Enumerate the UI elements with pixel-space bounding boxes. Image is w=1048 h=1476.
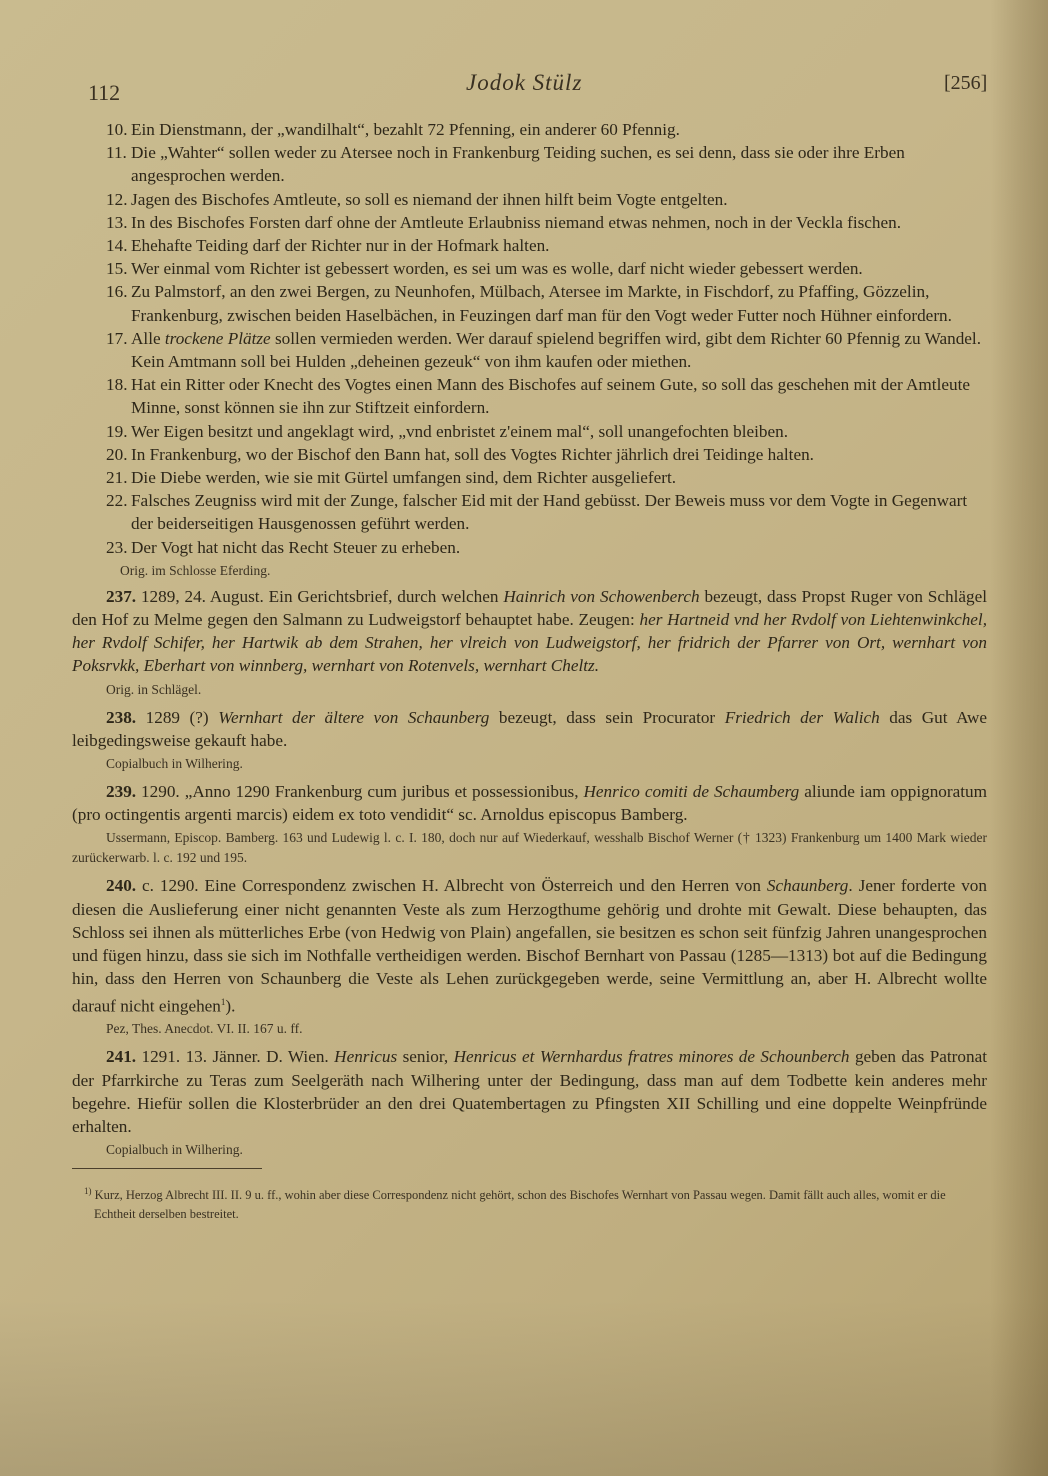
entry-number: 241. [106,1047,136,1066]
provision-text: Der Vogt hat nicht das Recht Steuer zu e… [131,538,460,557]
provision-item: 18.Hat ein Ritter oder Knecht des Vogtes… [72,373,987,419]
provision-item: 20.In Frankenburg, wo der Bischof den Ba… [72,443,987,466]
provision-number: 19. [106,420,131,443]
footnote: 1) Kurz, Herzog Albrecht III. II. 9 u. f… [72,1182,987,1224]
provision-item: 12.Jagen des Bischofes Amtleute, so soll… [72,188,987,211]
provision-text: Hat ein Ritter oder Knecht des Vogtes ei… [131,375,970,417]
provision-item: 15.Wer einmal vom Richter ist gebessert … [72,257,987,280]
footnote-divider [72,1168,262,1169]
entry-source-note: Pez, Thes. Anecdot. VI. II. 167 u. ff. [72,1019,987,1039]
footnote-text: Kurz, Herzog Albrecht III. II. 9 u. ff.,… [94,1188,946,1221]
entry-source-note: Copialbuch in Wilhering. [72,754,987,774]
entry-number: 238. [106,708,136,727]
provision-item: 14.Ehehafte Teiding darf der Richter nur… [72,234,987,257]
provision-item: 22.Falsches Zeugniss wird mit der Zunge,… [72,489,987,535]
provision-text: Die „Wahter“ sollen weder zu Atersee noc… [131,143,905,185]
italic-name: Hainrich von Schowenberch [503,587,699,606]
entry-number: 237. [106,587,136,606]
provisions-source-note: Orig. im Schlosse Eferding. [72,561,987,581]
document-entries: 237. 1289, 24. August. Ein Gerichtsbrief… [72,585,987,1160]
entry-text: 1289 (?) [136,708,218,727]
provision-item: 10.Ein Dienstmann, der „wandilhalt“, bez… [72,118,987,141]
italic-name: Wernhart der ältere von Schaunberg [218,708,489,727]
provision-number: 22. [106,489,131,512]
entry-text: 1290. „Anno 1290 Frankenburg cum juribus… [136,782,583,801]
provision-number: 17. [106,327,131,350]
entry-238: 238. 1289 (?) Wernhart der ältere von Sc… [72,706,987,752]
provision-number: 16. [106,280,131,303]
provision-text: Falsches Zeugniss wird mit der Zunge, fa… [131,491,967,533]
italic-name: Henrico comiti de Schaumberg [584,782,800,801]
provision-text: In des Bischofes Forsten darf ohne der A… [131,213,901,232]
provision-item: 16.Zu Palmstorf, an den zwei Bergen, zu … [72,280,987,326]
provision-text: Wer einmal vom Richter ist gebessert wor… [131,259,863,278]
provision-item: 19.Wer Eigen besitzt und angeklagt wird,… [72,420,987,443]
provision-text: trockene Plätze [165,329,271,348]
entry-241: 241. 1291. 13. Jänner. D. Wien. Henricus… [72,1045,987,1138]
entry-source-note: Orig. in Schlägel. [72,680,987,700]
italic-name: Henricus [334,1047,397,1066]
provision-number: 10. [106,118,131,141]
entry-text: . Jener forderte von diesen die Ausliefe… [72,876,987,1015]
provision-number: 12. [106,188,131,211]
provision-text: In Frankenburg, wo der Bischof den Bann … [131,445,814,464]
footnote-marker: 1) [84,1186,92,1196]
entry-text: ). [225,996,235,1015]
italic-name: Henricus et Wernhardus fratres minores d… [454,1047,850,1066]
numbered-provisions-list: 10.Ein Dienstmann, der „wandilhalt“, bez… [72,118,987,559]
bracket-page-number: [256] [944,72,987,95]
provision-number: 21. [106,466,131,489]
page-body: 10.Ein Dienstmann, der „wandilhalt“, bez… [72,118,987,1236]
provision-number: 14. [106,234,131,257]
provision-number: 23. [106,536,131,559]
provision-number: 18. [106,373,131,396]
entry-source-note: Ussermann, Episcop. Bamberg. 163 und Lud… [72,828,987,868]
entry-text: 1289, 24. August. Ein Gerichtsbrief, dur… [136,587,503,606]
provision-item: 11.Die „Wahter“ sollen weder zu Atersee … [72,141,987,187]
book-page: 112 Jodok Stülz [256] 10.Ein Dienstmann,… [0,0,1048,1476]
provision-item: 21.Die Diebe werden, wie sie mit Gürtel … [72,466,987,489]
entry-text: c. 1290. Eine Correspondenz zwischen H. … [136,876,767,895]
provision-text: Ehehafte Teiding darf der Richter nur in… [131,236,549,255]
provision-item: 23.Der Vogt hat nicht das Recht Steuer z… [72,536,987,559]
provision-item: 17.Alle trockene Plätze sollen vermieden… [72,327,987,373]
provision-number: 20. [106,443,131,466]
provision-text: Wer Eigen besitzt und angeklagt wird, „v… [131,422,788,441]
entry-number: 240. [106,876,136,895]
provision-number: 11. [106,141,131,164]
provision-number: 15. [106,257,131,280]
entry-text: senior, [397,1047,453,1066]
provision-text: Die Diebe werden, wie sie mit Gürtel umf… [131,468,676,487]
provision-text: Jagen des Bischofes Amtleute, so soll es… [131,190,728,209]
entry-240: 240. c. 1290. Eine Correspondenz zwische… [72,874,987,1017]
provision-item: 13.In des Bischofes Forsten darf ohne de… [72,211,987,234]
provision-text: Zu Palmstorf, an den zwei Bergen, zu Neu… [131,282,952,324]
page-number: 112 [88,80,120,106]
entry-text: 1291. 13. Jänner. D. Wien. [136,1047,334,1066]
italic-name: Schaunberg [767,876,848,895]
italic-name: Friedrich der Walich [725,708,880,727]
entry-number: 239. [106,782,136,801]
provision-text: Ein Dienstmann, der „wandilhalt“, bezahl… [131,120,680,139]
entry-237: 237. 1289, 24. August. Ein Gerichtsbrief… [72,585,987,678]
entry-text: bezeugt, dass sein Procurator [489,708,724,727]
entry-source-note: Copialbuch in Wilhering. [72,1140,987,1160]
entry-239: 239. 1290. „Anno 1290 Frankenburg cum ju… [72,780,987,826]
running-title: Jodok Stülz [466,70,582,96]
provision-number: 13. [106,211,131,234]
provision-text: Alle [131,329,165,348]
